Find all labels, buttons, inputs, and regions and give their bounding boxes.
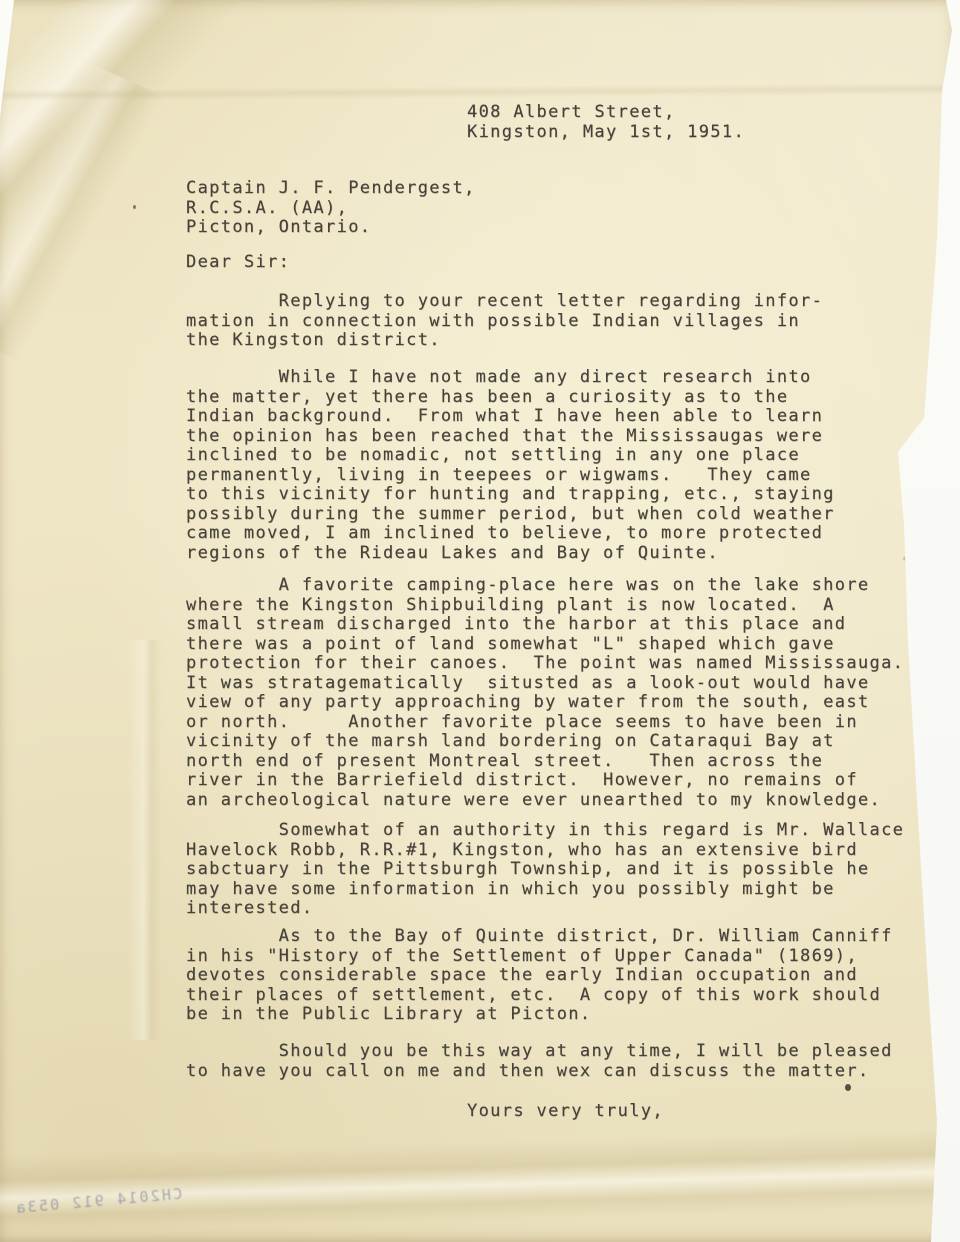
body-paragraph-3: A favorite camping-place here was on the…: [186, 576, 904, 810]
body-paragraph-1: Replying to your recent letter regarding…: [186, 292, 823, 351]
letter-paper: 408 Albert Street, Kingston, May 1st, 19…: [0, 0, 960, 1242]
stain-mark: [903, 556, 911, 561]
salutation: Dear Sir:: [186, 253, 290, 273]
ink-speck: [133, 205, 136, 209]
sender-address-block: 408 Albert Street, Kingston, May 1st, 19…: [467, 103, 745, 142]
ink-speck: [845, 1084, 851, 1091]
closing-valediction: Yours very truly,: [467, 1102, 664, 1122]
paper-crease-top-left-fold-secondary: [0, 36, 193, 383]
paper-crease-top: [0, 83, 960, 102]
body-paragraph-5: As to the Bay of Quinte district, Dr. Wi…: [186, 927, 893, 1025]
scan-background: 408 Albert Street, Kingston, May 1st, 19…: [0, 0, 960, 1242]
recipient-address-block: Captain J. F. Pendergest, R.C.S.A. (AA),…: [186, 179, 476, 238]
paper-crease-bottom: [0, 1128, 960, 1234]
body-paragraph-4: Somewhat of an authority in this regard …: [186, 821, 904, 919]
body-paragraph-6: Should you be this way at any time, I wi…: [186, 1042, 893, 1081]
body-paragraph-2: While I have not made any direct researc…: [186, 368, 835, 563]
paper-crease-left-middle: [128, 640, 162, 1040]
archive-reference-stamp-mirrored: CH2014 912 053a: [14, 1185, 183, 1218]
